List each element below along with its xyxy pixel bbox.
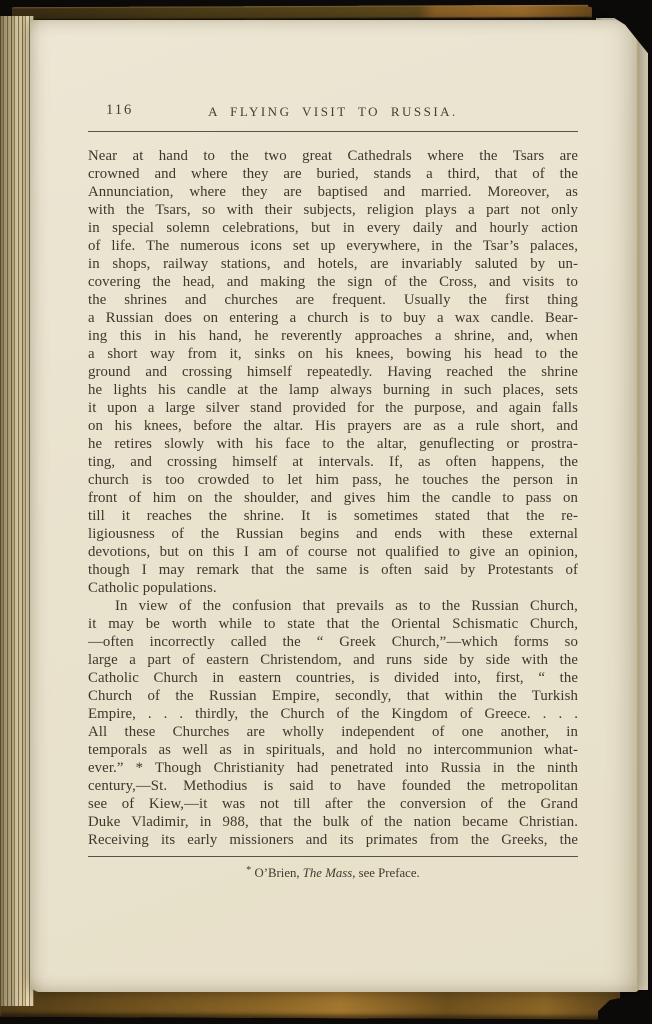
book-cover-top-edge	[12, 5, 592, 21]
text-line: in special solemn celebrations, but in e…	[88, 219, 578, 237]
text-line: front of him on the shoulder, and gives …	[88, 489, 578, 507]
text-line: ting, and crossing himself at intervals.…	[88, 453, 578, 471]
text-line: though I may remark that the same is oft…	[88, 561, 578, 579]
page-header: 116 A FLYING VISIT TO RUSSIA.	[88, 100, 578, 122]
page-stack-left-edge	[0, 16, 34, 1006]
text-line: ever.” * Though Christianity had penetra…	[88, 759, 578, 777]
scan-backdrop: 116 A FLYING VISIT TO RUSSIA. Near at ha…	[0, 0, 652, 1024]
text-line: with the Tsars, so with their subjects, …	[88, 201, 578, 219]
text-line: of life. The numerous icons set up every…	[88, 237, 578, 255]
text-line: till it reaches the shrine. It is someti…	[88, 507, 578, 525]
text-line: covering the head, and making the sign o…	[88, 273, 578, 291]
text-line: Empire, . . . thirdly, the Church of the…	[88, 705, 578, 723]
text-line: All these Churches are wholly independen…	[88, 723, 578, 741]
text-line: ligiousness of the Russian begins and en…	[88, 525, 578, 543]
text-line: he lights his candle at the lamp always …	[88, 381, 578, 399]
text-line: century,—St. Methodius is said to have f…	[88, 777, 578, 795]
paragraph: Near at hand to the two great Cathedrals…	[88, 147, 578, 597]
text-line: crowned and where they are buried, stand…	[88, 165, 578, 183]
text-line: devotions, but on this I am of course no…	[88, 543, 578, 561]
text-line: Annunciation, where they are baptised an…	[88, 183, 578, 201]
book-page: 116 A FLYING VISIT TO RUSSIA. Near at ha…	[30, 20, 639, 992]
text-line: it upon a large silver stand provided fo…	[88, 399, 578, 417]
text-line: in shops, railway stations, and hotels, …	[88, 255, 578, 273]
text-line: the shrines and churches are frequent. U…	[88, 291, 578, 309]
paragraph: In view of the confusion that prevails a…	[88, 597, 578, 849]
text-line: —often incorrectly called the “ Greek Ch…	[88, 633, 578, 651]
text-line: ground and crossing himself repeatedly. …	[88, 363, 578, 381]
text-line: Duke Vladimir, in 988, that the bulk of …	[88, 813, 578, 831]
header-rule	[88, 131, 578, 132]
text-line: see of Kiew,—it was not till after the c…	[88, 795, 578, 813]
text-line: a Russian does on entering a church is t…	[88, 309, 578, 327]
text-line: on his knees, before the altar. His pray…	[88, 417, 578, 435]
running-title: A FLYING VISIT TO RUSSIA.	[88, 100, 578, 120]
footnote-text-suffix: , see Preface.	[352, 866, 420, 880]
text-line: ing this in his hand, he reverently appr…	[88, 327, 578, 345]
text-line: Catholic populations.	[88, 579, 578, 597]
footnote-italic-title: The Mass	[303, 866, 352, 880]
footnote-rule	[88, 856, 578, 857]
text-line: large a part of eastern Christendom, and…	[88, 651, 578, 669]
text-line: Church of the Russian Empire, secondly, …	[88, 687, 578, 705]
text-line: Catholic Church in eastern countries, is…	[88, 669, 578, 687]
page-number: 116	[106, 102, 133, 119]
page-content: 116 A FLYING VISIT TO RUSSIA. Near at ha…	[88, 100, 578, 881]
text-line: temporals as well as in spirituals, and …	[88, 741, 578, 759]
text-line: he retires slowly with his face to the a…	[88, 435, 578, 453]
body-text: Near at hand to the two great Cathedrals…	[88, 147, 578, 849]
text-line: church is too crowded to let him pass, h…	[88, 471, 578, 489]
text-line: Near at hand to the two great Cathedrals…	[88, 147, 578, 165]
text-line: it may be worth while to state that the …	[88, 615, 578, 633]
footnote: * O’Brien, The Mass, see Preface.	[88, 865, 578, 881]
text-line: In view of the confusion that prevails a…	[88, 597, 578, 615]
footnote-text-prefix: O’Brien,	[251, 866, 303, 880]
text-line: a short way from it, sinks on his knees,…	[88, 345, 578, 363]
text-line: Receiving its early missioners and its p…	[88, 831, 578, 849]
